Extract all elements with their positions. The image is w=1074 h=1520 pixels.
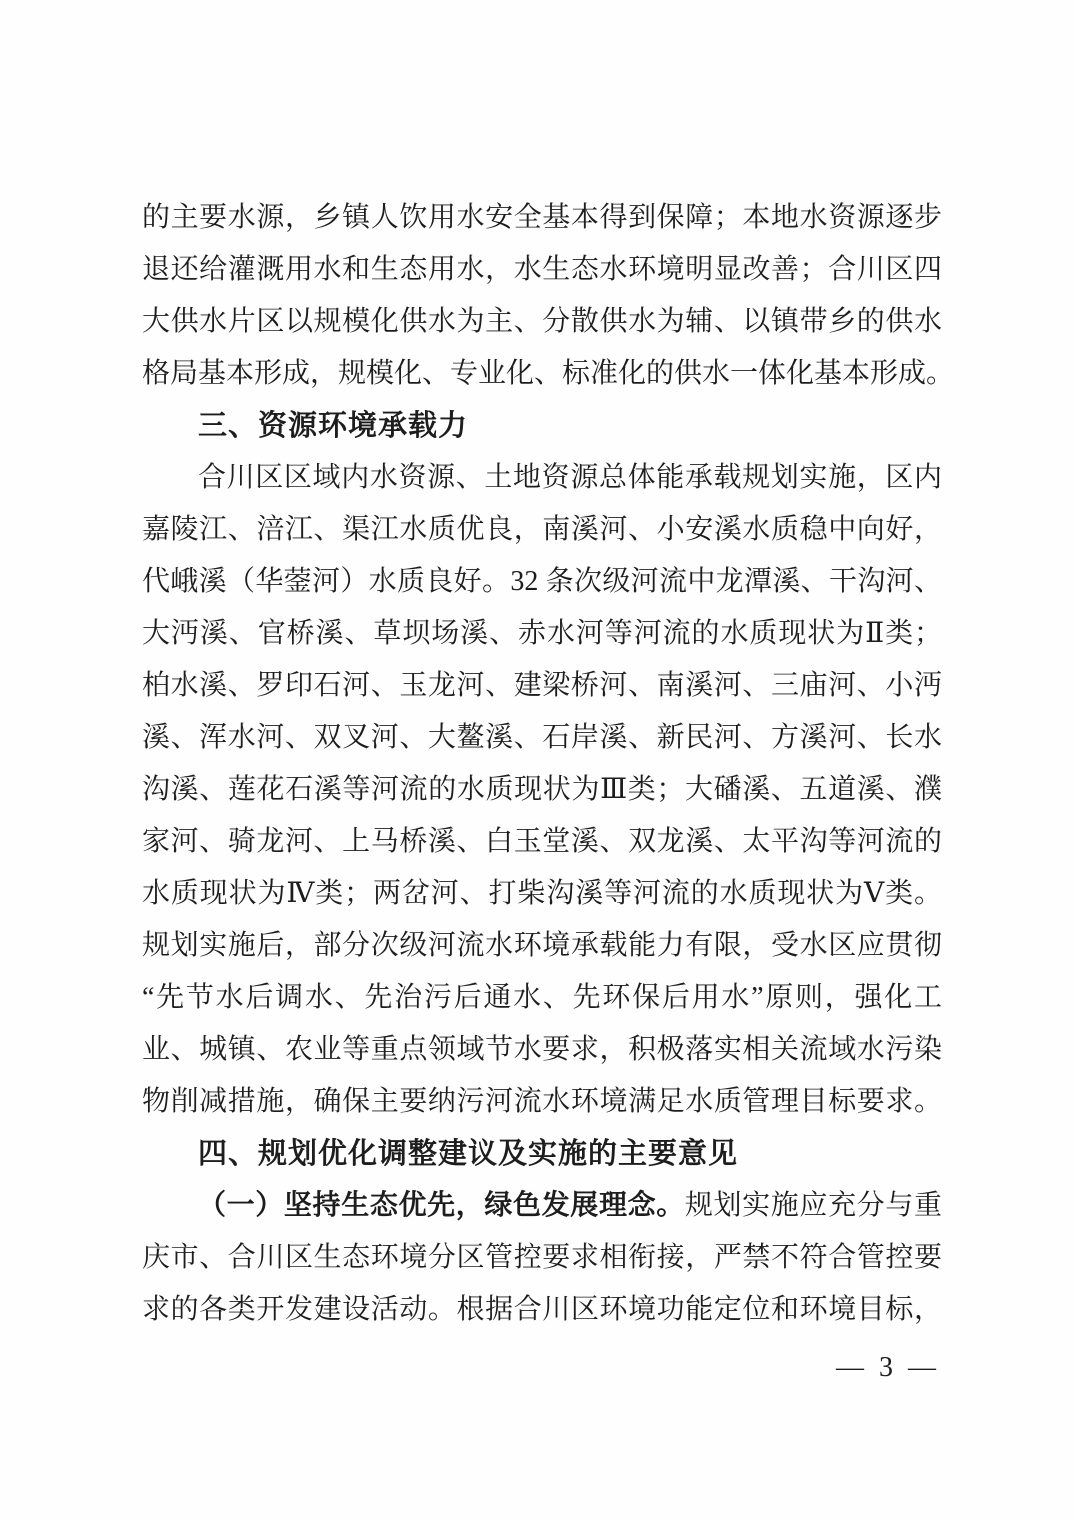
paragraph-3: （一）坚持生态优先，绿色发展理念。规划实施应充分与重 庆市、合川区生态环境分区管…: [142, 1180, 942, 1336]
text-line: 求的各类开发建设活动。根据合川区环境功能定位和环境目标，: [142, 1284, 942, 1336]
paragraph-1: 的主要水源，乡镇人饮用水安全基本得到保障；本地水资源逐步 退还给灌溉用水和生态用…: [142, 192, 942, 400]
text-line: 家河、骑龙河、上马桥溪、白玉堂溪、双龙溪、太平沟等河流的: [142, 816, 942, 868]
page-number: — 3 —: [836, 1346, 940, 1390]
text-line: 代峨溪（华蓥河）水质良好。32 条次级河流中龙潭溪、干沟河、: [142, 556, 942, 608]
paragraph-2: 合川区区域内水资源、土地资源总体能承载规划实施，区内 嘉陵江、涪江、渠江水质优良…: [142, 452, 942, 1128]
text-line: （一）坚持生态优先，绿色发展理念。规划实施应充分与重: [142, 1180, 942, 1232]
document-page: 的主要水源，乡镇人饮用水安全基本得到保障；本地水资源逐步 退还给灌溉用水和生态用…: [0, 0, 1074, 1520]
text-line: “先节水后调水、先治污后通水、先环保后用水”原则，强化工: [142, 972, 942, 1024]
body-text: 的主要水源，乡镇人饮用水安全基本得到保障；本地水资源逐步 退还给灌溉用水和生态用…: [142, 192, 942, 1336]
text-line: 大供水片区以规模化供水为主、分散供水为辅、以镇带乡的供水: [142, 296, 942, 348]
text-line: 规划实施后，部分次级河流水环境承载能力有限，受水区应贯彻: [142, 920, 942, 972]
text-line: 格局基本形成，规模化、专业化、标准化的供水一体化基本形成。: [142, 348, 942, 400]
text-line: 的主要水源，乡镇人饮用水安全基本得到保障；本地水资源逐步: [142, 192, 942, 244]
text-line: 水质现状为Ⅳ类；两岔河、打柴沟溪等河流的水质现状为Ⅴ类。: [142, 868, 942, 920]
text-line: 柏水溪、罗印石河、玉龙河、建梁桥河、南溪河、三庙河、小沔: [142, 660, 942, 712]
text-line: 庆市、合川区生态环境分区管控要求相衔接，严禁不符合管控要: [142, 1232, 942, 1284]
text-line: 业、城镇、农业等重点领域节水要求，积极落实相关流域水污染: [142, 1024, 942, 1076]
text-line: 退还给灌溉用水和生态用水，水生态水环境明显改善；合川区四: [142, 244, 942, 296]
text-line: 大沔溪、官桥溪、草坝场溪、赤水河等河流的水质现状为Ⅱ类；: [142, 608, 942, 660]
paragraph-lead-rest: 规划实施应充分与重: [685, 1190, 942, 1221]
paragraph-lead-bold: （一）坚持生态优先，绿色发展理念。: [198, 1190, 685, 1221]
text-line: 合川区区域内水资源、土地资源总体能承载规划实施，区内: [142, 452, 942, 504]
text-line: 沟溪、莲花石溪等河流的水质现状为Ⅲ类；大磻溪、五道溪、濮: [142, 764, 942, 816]
text-line: 物削减措施，确保主要纳污河流水环境满足水质管理目标要求。: [142, 1076, 942, 1128]
text-line: 溪、浑水河、双叉河、大鳌溪、石岸溪、新民河、方溪河、长水: [142, 712, 942, 764]
text-line: 嘉陵江、涪江、渠江水质优良，南溪河、小安溪水质稳中向好，: [142, 504, 942, 556]
section-heading-4: 四、规划优化调整建议及实施的主要意见: [142, 1128, 942, 1180]
section-heading-3: 三、资源环境承载力: [142, 400, 942, 452]
